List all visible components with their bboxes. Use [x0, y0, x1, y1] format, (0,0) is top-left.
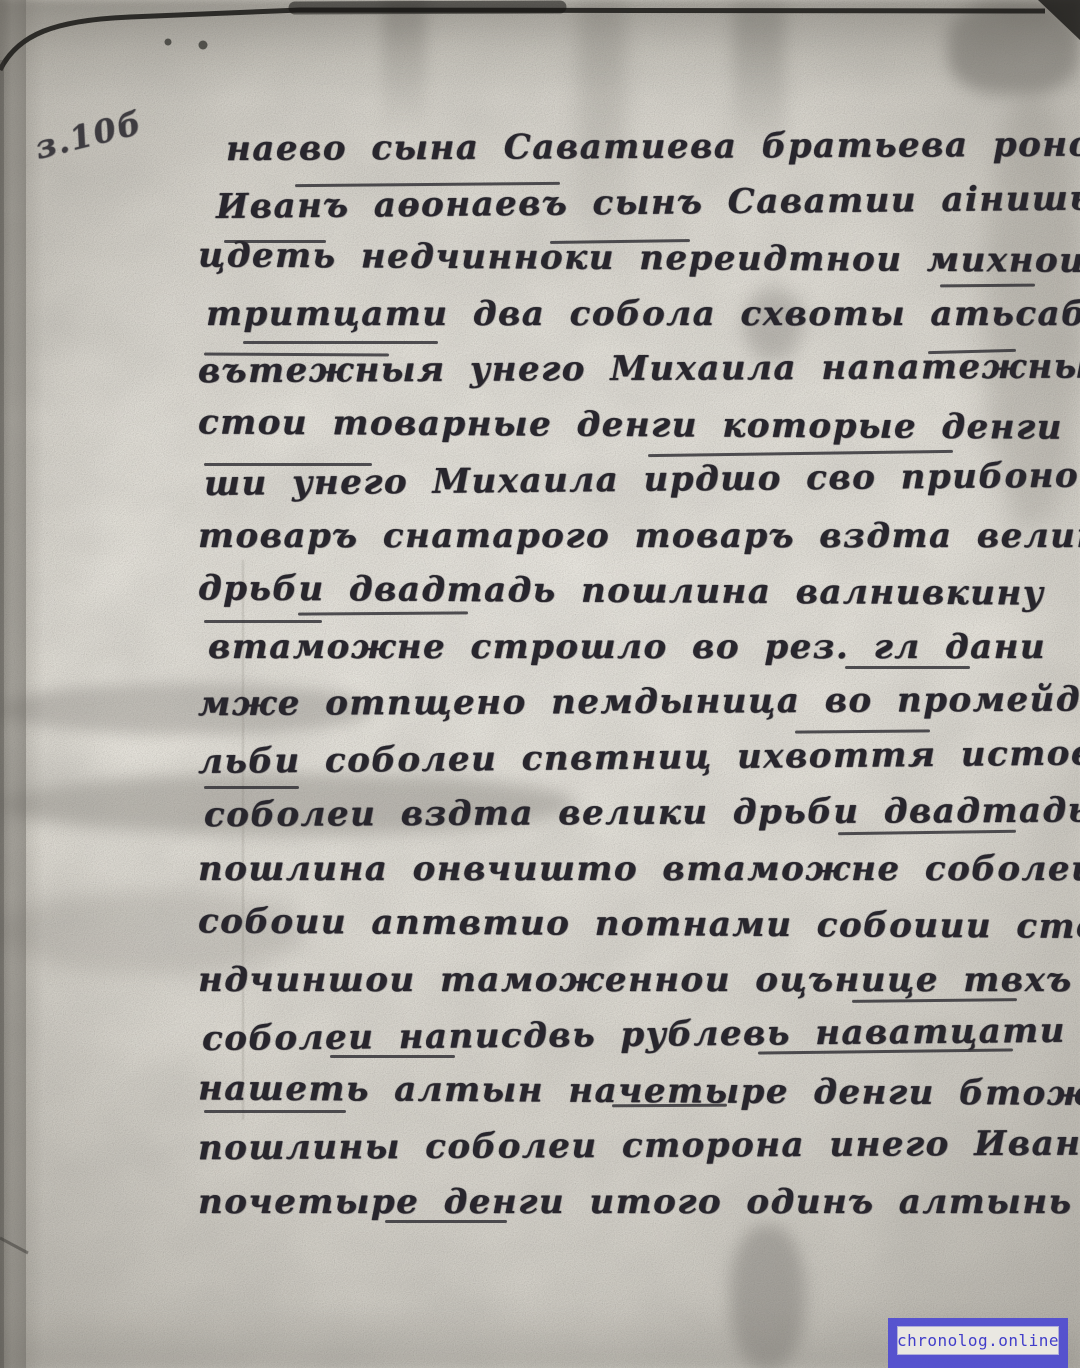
watermark-inner: chronolog.online [897, 1326, 1059, 1355]
manuscript-line: цдеть недчинноки переидтнои михнои рубад… [198, 228, 1040, 289]
manuscript-line: вътежныя унего Михаила напатежные [198, 340, 1040, 400]
manuscript-line: почетыре денги итого одинъ алтынь [198, 1175, 1040, 1231]
right-scan-edge [0, 0, 26, 1368]
manuscript-text: наево сына Саватиева братьева роноиИванъ… [198, 120, 1040, 1230]
manuscript-line: товаръ снатарого товаръ вздта велики [198, 509, 1040, 565]
manuscript-line: соболеи вздта велики дрьби двадтадь [204, 784, 1040, 844]
manuscript-line: ндчиншои таможеннои оцънице твхъ сынись [198, 953, 1040, 1009]
manuscript-line: наево сына Саватиева братьева ронои [226, 118, 1040, 178]
manuscript-line: пошлина онвчишто втаможне соболеи [198, 842, 1040, 898]
smudge-blob [948, 0, 1078, 95]
manuscript-line: мже отпщено пемдыница во промейду [198, 673, 1040, 733]
manuscript-line: соболеи написдвь рублевь наватцати [202, 1004, 1040, 1068]
manuscript-line: Иванъ аѳонаевъ сынъ Саватии аінишь [216, 172, 1040, 235]
manuscript-line: втаможне строшло во рез. гл дани [208, 620, 1040, 676]
smudge-streak [730, 1225, 805, 1368]
watermark: chronolog.online [888, 1318, 1068, 1368]
manuscript-line: собоии аптвтио потнами собоиии сто [198, 894, 1040, 955]
manuscript-line: льби соболеи спвтниц ихвоття истовне [198, 726, 1040, 790]
smudge-streak [382, 0, 426, 135]
manuscript-line: дрьби двадтадь пошлина валнивкину [198, 561, 1040, 622]
left-binding-shadow [0, 0, 44, 1368]
manuscript-page: з.10б наево сына Саватиева братьева роно… [0, 0, 1080, 1368]
manuscript-line: стои товарные денги которые денги вы [198, 395, 1040, 456]
manuscript-line: нашеть алтын начетыре денги бтожви [198, 1061, 1040, 1122]
top-smudge-band [0, 0, 1080, 96]
watermark-text: chronolog.online [897, 1331, 1059, 1350]
folio-number: з.10б [31, 103, 146, 166]
manuscript-line: ши унего Михаила ирдшо сво прибоного [204, 449, 1040, 513]
manuscript-line: тритцати два собола схвоты атьсаба [206, 287, 1040, 343]
manuscript-line: пошлины соболеи сторона инего Ивана [198, 1117, 1040, 1177]
